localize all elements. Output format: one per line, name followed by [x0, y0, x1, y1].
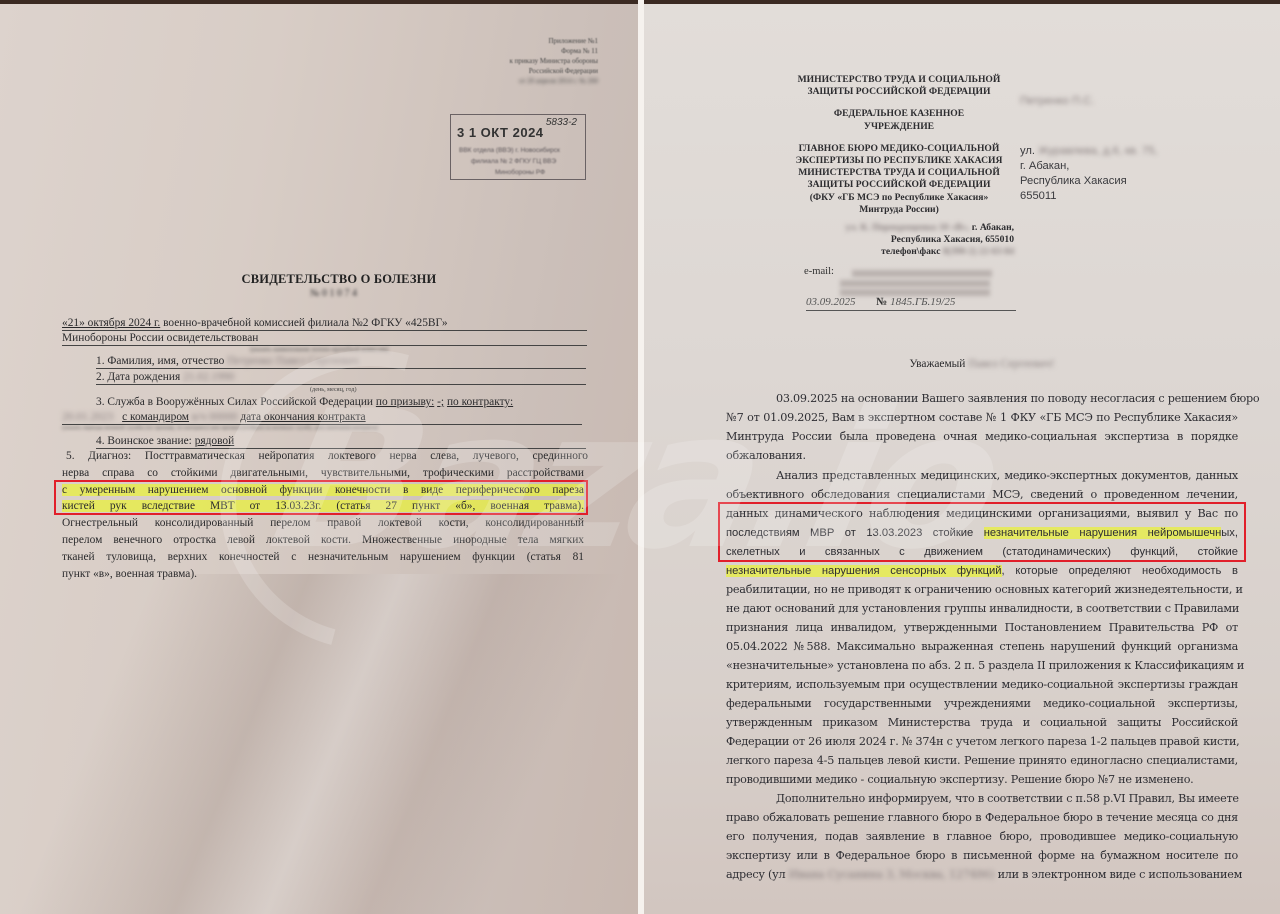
form-appendix-note: Приложение №1 Форма № 11 к приказу Минис… [438, 36, 598, 86]
letter-body-line: реабилитации, но не приводят к ограничен… [726, 583, 1238, 597]
field-rank: 4. Воинское звание: рядовой [96, 434, 586, 449]
appendix-line: Форма № 11 [438, 46, 598, 56]
commander-label: с командиром [122, 411, 189, 423]
field-value-blurred: 21.02.1990 [183, 371, 234, 383]
appendix-line: к приказу Министра обороны [438, 56, 598, 66]
street-label: ул. [1020, 145, 1035, 157]
letter-body-line: федеральными государственными учреждения… [726, 697, 1238, 711]
org-header-line: ГЛАВНОЕ БЮРО МЕДИКО-СОЦИАЛЬНОЙ [794, 143, 1004, 155]
letter-body-line: «незначительные» установлена по абз. 2 п… [726, 659, 1238, 673]
illness-certificate-page: Приложение №1 Форма № 11 к приказу Минис… [0, 4, 638, 914]
appendix-line-blurred: от 20 апреля 2014 г. № 260 [438, 76, 598, 86]
field-service-line-2: 20.01.2023 с командиром в/ч 00000 дата о… [62, 410, 582, 425]
service-start-blurred: 20.01.2023 [62, 411, 113, 423]
federal-bureau-address-blurred: Ивана Сусанина 3, Москва, 127486) [785, 868, 994, 881]
commission-line-2: Минобороны России освидетельствован [62, 331, 587, 346]
letter-body-line: проводившими медико - социальную эксперт… [726, 773, 1238, 787]
outgoing-number-underline [806, 310, 1016, 311]
appendix-line: Российской Федерации [438, 66, 598, 76]
greeting-name-blurred: Павел Сергеевич! [968, 358, 1054, 370]
stamp-date: 3 1 ОКТ 2024 [457, 125, 544, 140]
annotation-box-diagnosis [54, 480, 588, 515]
organization-header: МИНИСТЕРСТВО ТРУДА И СОЦИАЛЬНОЙЗАЩИТЫ РО… [794, 74, 1004, 216]
diagnosis-line: пункт «в», военная травма). [62, 566, 584, 583]
letter-body-line: утвержденным приказом Министерства труда… [726, 716, 1238, 730]
org-header-line: ЗАЩИТЫ РОССИЙСКОЙ ФЕДЕРАЦИИ [794, 86, 1004, 98]
letter-body-line: объективного обследования специалистами … [726, 488, 1238, 502]
org-header-line [794, 98, 1004, 108]
org-phone-label: телефон\факс [881, 246, 940, 257]
diagnosis-line: 5. Диагноз: Посттравматическая нейропати… [66, 448, 588, 465]
recipient-region: Республика Хакасия [1020, 174, 1158, 189]
diagnosis-line: перелом венечного отростка левой локтево… [62, 532, 584, 549]
recipient-name-blurred: Петренко П.С. [1020, 95, 1094, 107]
org-header-line: ЭКСПЕРТИЗЫ ПО РЕСПУБЛИКЕ ХАКАСИЯ [794, 155, 1004, 167]
greeting-word: Уважаемый [909, 358, 965, 370]
letter-body-line: Дополнительно информируем, что в соответ… [726, 792, 1238, 806]
letter-body-line: №7 от 01.09.2025, Вам в экспертном соста… [726, 411, 1238, 425]
commission-date: «21» октября 2024 г. [62, 317, 160, 329]
service-hint: (указать периоды военной службы (по приз… [62, 425, 378, 431]
field-label: 2. Дата рождения [96, 371, 180, 383]
org-header-line: МИНИСТЕРСТВО ТРУДА И СОЦИАЛЬНОЙ [794, 74, 1004, 86]
stamp-line: Минобороны РФ [495, 169, 545, 176]
commission-line-1: «21» октября 2024 г. военно-врачебной ко… [62, 316, 587, 331]
email-label: e-mail: [804, 266, 834, 277]
letter-body-line: экспертизу или в Федеральное бюро в пись… [726, 849, 1238, 863]
org-header-line: ФЕДЕРАЛЬНОЕ КАЗЕННОЕ [794, 108, 1004, 120]
birth-date-hint: (день, месяц, год) [310, 386, 357, 393]
field-label: 4. Воинское звание: [96, 435, 192, 447]
email-blurred [840, 289, 990, 296]
received-stamp: 3 1 ОКТ 2024 5833-2 ВВК отдела (ВВЭ) г. … [450, 114, 586, 180]
outgoing-date: 03.09.2025 [806, 296, 856, 308]
document-number-blurred: № 0 1 0 7 4 [310, 288, 357, 299]
field-value-blurred: Петренко Павел Сергеевич [227, 355, 358, 367]
recipient-postcode: 655011 [1020, 189, 1158, 204]
recipient-city: г. Абакан, [1020, 159, 1158, 174]
commander-unit-blurred: в/ч 00000 [192, 411, 238, 423]
letter-body-line: адресу (ул Ивана Сусанина 3, Москва, 127… [726, 868, 1238, 882]
street-blurred: Журавлева, д.6, кв. 75, [1038, 145, 1158, 157]
recipient-name: Петренко П.С. [1020, 94, 1094, 109]
rank-value: рядовой [195, 435, 235, 447]
annotation-box-findings [718, 502, 1246, 562]
diagnosis-line: тканей туловища, верхних конечностей с н… [62, 549, 584, 566]
org-phone-blurred: 8(390-2) 22-63-84 [943, 246, 1014, 257]
contract-end-label: дата окончания контракта [240, 411, 365, 423]
org-header-line: (ФКУ «ГБ МСЭ по Республике Хакасия» [794, 192, 1004, 204]
contract-label: по контракту: [447, 396, 513, 408]
org-header-line: ЗАЩИТЫ РОССИЙСКОЙ ФЕДЕРАЦИИ [794, 179, 1004, 191]
commission-hint: (указать наименование военно-врачебной к… [250, 346, 388, 353]
mse-response-letter-page: МИНИСТЕРСТВО ТРУДА И СОЦИАЛЬНОЙЗАЩИТЫ РО… [644, 4, 1280, 914]
org-header-line [794, 133, 1004, 143]
stamp-line: ВВК отдела (ВВЭ) г. Новосибирск [459, 147, 560, 154]
letter-body-line: незначительные нарушения сенсорных функц… [726, 564, 1238, 578]
letter-body-line: не дают оснований для установления групп… [726, 602, 1238, 616]
letter-body-line: 03.09.2025 на основании Вашего заявления… [726, 392, 1238, 406]
letter-body-line: Анализ представленных медицинских, медик… [726, 469, 1238, 483]
email-blurred [852, 270, 992, 277]
org-region: Республика Хакасия, 655010 [814, 234, 1014, 246]
field-birth-date: 2. Дата рождения 21.02.1990 [96, 370, 586, 385]
letter-body-line: обжалования. [726, 449, 1238, 463]
letter-body-line: критериям, используемым при осуществлени… [726, 678, 1238, 692]
letter-body-line: его получения, подав заявление в главное… [726, 830, 1238, 844]
stamp-number: 5833-2 [546, 117, 577, 128]
letter-body-line: право обжаловать решение главного бюро в… [726, 811, 1238, 825]
letter-body-line: 05.04.2022 №588. Максимально выраженная … [726, 640, 1238, 654]
letter-body-line: легкого пареза 4-5 пальцев левой кисти. … [726, 754, 1238, 768]
conscript-label: по призыву: [376, 396, 434, 408]
highlighted-finding: незначительные нарушения сенсорных функц… [726, 565, 1002, 577]
outgoing-number-value: 1845.ГБ.19/25 [890, 296, 955, 308]
field-label: 1. Фамилия, имя, отчество [96, 355, 224, 367]
email-blurred [840, 280, 990, 287]
org-street-blurred: ул. К. Перекрещенко 10 «В», [846, 222, 970, 233]
stamp-line: филиала № 2 ФГКУ ГЦ ВВЭ [471, 158, 556, 165]
commission-name-cont: Минобороны России освидетельствован [62, 332, 258, 344]
letter-body-line: признания лица инвалидом, утвержденными … [726, 621, 1238, 635]
org-header-line: УЧРЕЖДЕНИЕ [794, 121, 1004, 133]
number-sign: № [876, 296, 887, 308]
org-city: г. Абакан, [972, 222, 1014, 233]
field-full-name: 1. Фамилия, имя, отчество Петренко Павел… [96, 354, 586, 369]
org-header-line: Минтруда России) [794, 204, 1004, 216]
recipient-address: ул. Журавлева, д.6, кв. 75, г. Абакан, Р… [1020, 144, 1158, 204]
org-header-line: МИНИСТЕРСТВА ТРУДА И СОЦИАЛЬНОЙ [794, 167, 1004, 179]
organization-address: ул. К. Перекрещенко 10 «В», г. Абакан, Р… [814, 222, 1014, 258]
appendix-line: Приложение №1 [438, 36, 598, 46]
commission-name: военно-врачебной комиссией филиала №2 ФГ… [163, 317, 447, 329]
outgoing-number: 03.09.2025 № 1845.ГБ.19/25 [806, 296, 955, 308]
letter-body-line: Федерации от 26 июля 2024 г. № 374н с уч… [726, 735, 1238, 749]
field-label: 3. Служба в Вооружённых Силах Российской… [96, 396, 373, 408]
letter-body-line: Минтруда России была проведена очная мед… [726, 430, 1238, 444]
conscript-value: -; [437, 396, 444, 408]
field-service: 3. Служба в Вооружённых Силах Российской… [96, 395, 586, 409]
diagnosis-line: Огнестрельный консолидированный перелом … [62, 515, 584, 532]
document-title: СВИДЕТЕЛЬСТВО О БОЛЕЗНИ [0, 272, 638, 287]
greeting: Уважаемый Павел Сергеевич! [644, 358, 1280, 370]
